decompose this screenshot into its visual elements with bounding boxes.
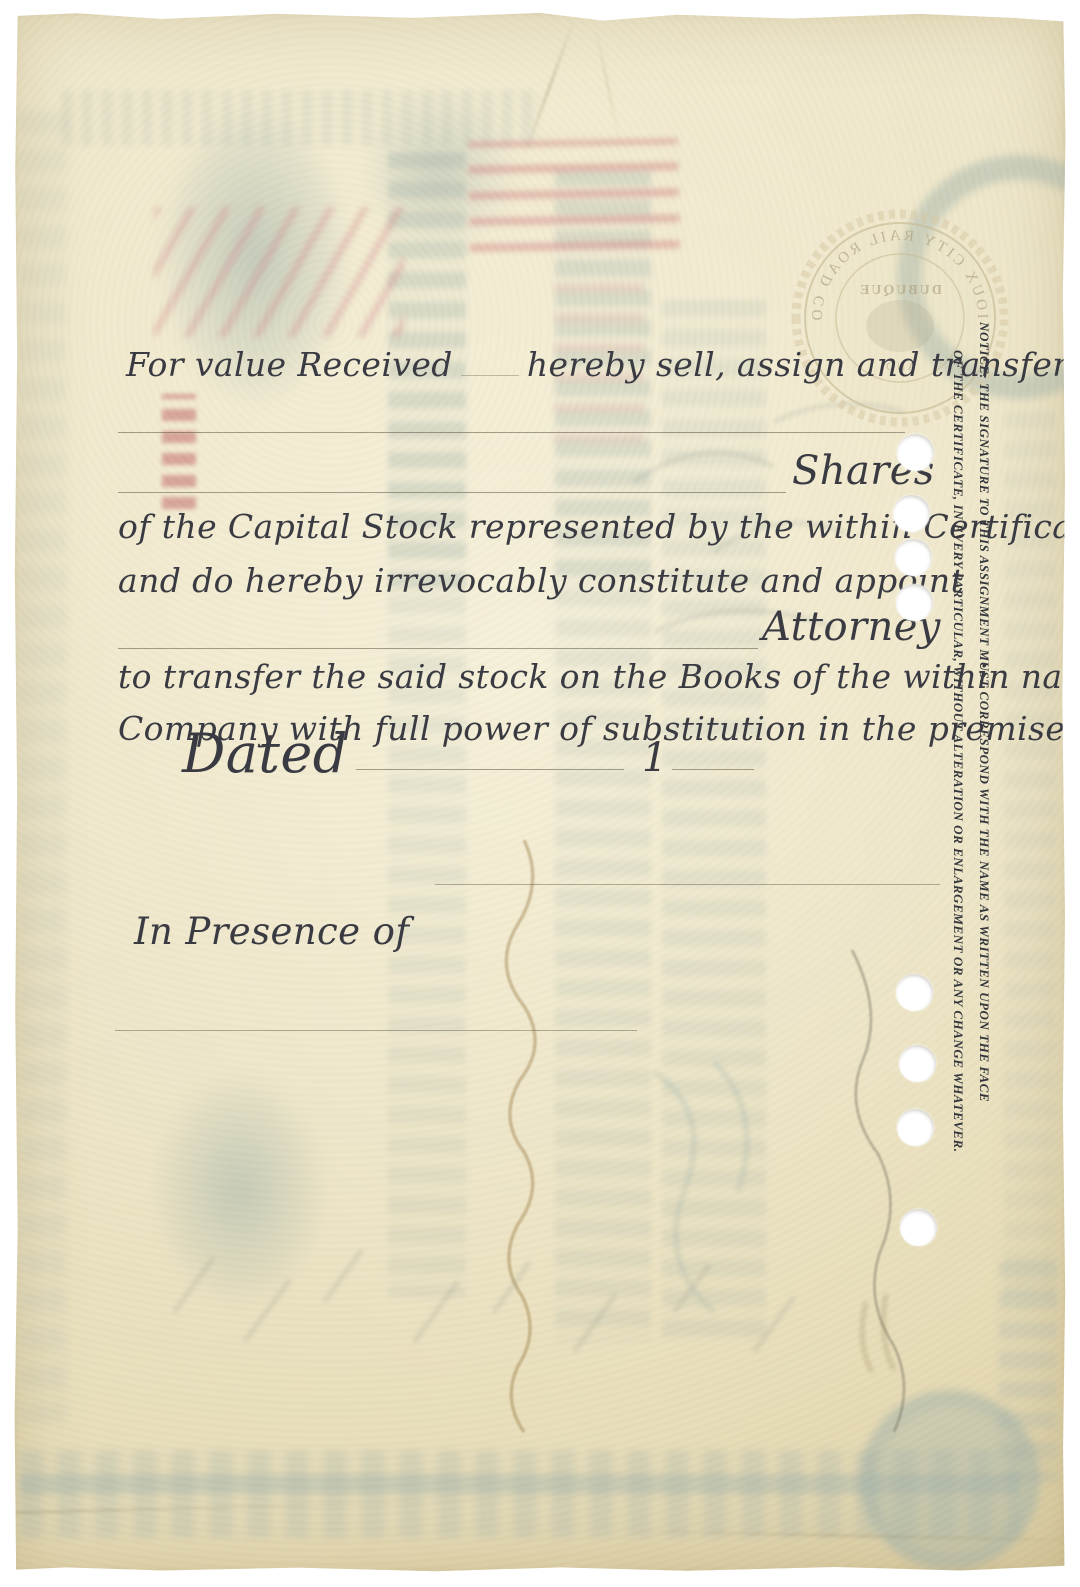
dated-blank-line xyxy=(356,769,624,770)
shares-count-line xyxy=(118,492,786,493)
ghost-signature-brown xyxy=(506,840,535,1432)
for-value-received-text: For value Received xyxy=(126,345,453,384)
seal-center-text: DUBUQUE xyxy=(858,283,942,298)
dated-year-line xyxy=(672,769,754,770)
crease-top-center-2 xyxy=(594,23,621,141)
ghost-bottom-border-band xyxy=(20,1450,1020,1538)
ghost-bottom-right-band xyxy=(999,1262,1057,1482)
scanned-certificate-back: SIOUX CITY RAIL ROAD CO. DUBUQUE AND For… xyxy=(0,0,1080,1587)
ghost-handwriting-lower xyxy=(174,1250,794,1352)
ghost-bottom-border-strip xyxy=(20,1474,1020,1494)
capital-stock-line: of the Capital Stock represented by the … xyxy=(118,507,1080,546)
ghost-title-column-2b xyxy=(555,590,651,1342)
certificate-paper: SIOUX CITY RAIL ROAD CO. DUBUQUE AND For… xyxy=(14,12,1066,1572)
punch-hole xyxy=(897,434,934,471)
appoint-line: and do hereby irrevocably constitute and… xyxy=(118,561,964,600)
crease-top-center xyxy=(522,16,576,158)
crease-bottom-right xyxy=(614,1529,1064,1541)
ghost-left-border-band xyxy=(20,112,66,1422)
punch-hole xyxy=(896,974,933,1011)
ghost-title-column-3 xyxy=(662,300,766,1342)
punch-hole xyxy=(896,584,933,621)
punch-hole xyxy=(895,539,932,576)
in-presence-of-label: In Presence of xyxy=(134,910,409,953)
notice-text-line2: OF THE CERTIFICATE, IN EVERY PARTICULAR,… xyxy=(950,350,966,1153)
ghost-top-border-band xyxy=(62,90,542,146)
ghost-signature-gray xyxy=(852,950,904,1432)
crease-bottom-left xyxy=(14,1497,574,1515)
ghost-vignette-figure xyxy=(132,64,377,449)
ghost-red-overprint-top xyxy=(468,138,680,252)
name-blank xyxy=(461,349,519,376)
transferee-name-line xyxy=(118,432,905,433)
dated-label: Dated xyxy=(182,722,348,785)
ghost-crest-bottom-left xyxy=(132,1042,347,1337)
assignor-signature-line xyxy=(435,884,940,885)
transfer-books-line: to transfer the said stock on the Books … xyxy=(118,657,1080,696)
assignment-opening-line: For value Receivedhereby sell, assign an… xyxy=(126,345,1080,384)
witness-signature-line xyxy=(115,1030,637,1031)
punch-hole xyxy=(897,1109,934,1146)
ghost-ornament-flowers xyxy=(334,67,544,277)
dated-year-prefix: 1 xyxy=(642,735,668,781)
ghost-right-border-band xyxy=(1004,412,1056,1312)
punch-hole xyxy=(899,1045,936,1082)
ghost-ribbon-curve xyxy=(654,1062,747,1312)
punch-hole xyxy=(893,495,930,532)
attorney-name-line xyxy=(118,648,758,649)
sell-assign-transfer-text: hereby sell, assign and transfer unto xyxy=(527,345,1080,384)
ghost-handwriting-date xyxy=(862,1294,894,1372)
ghost-red-overprint-diagonal xyxy=(154,207,404,337)
ghost-bottom-medallion xyxy=(860,1390,1040,1570)
punch-hole xyxy=(900,1209,937,1246)
